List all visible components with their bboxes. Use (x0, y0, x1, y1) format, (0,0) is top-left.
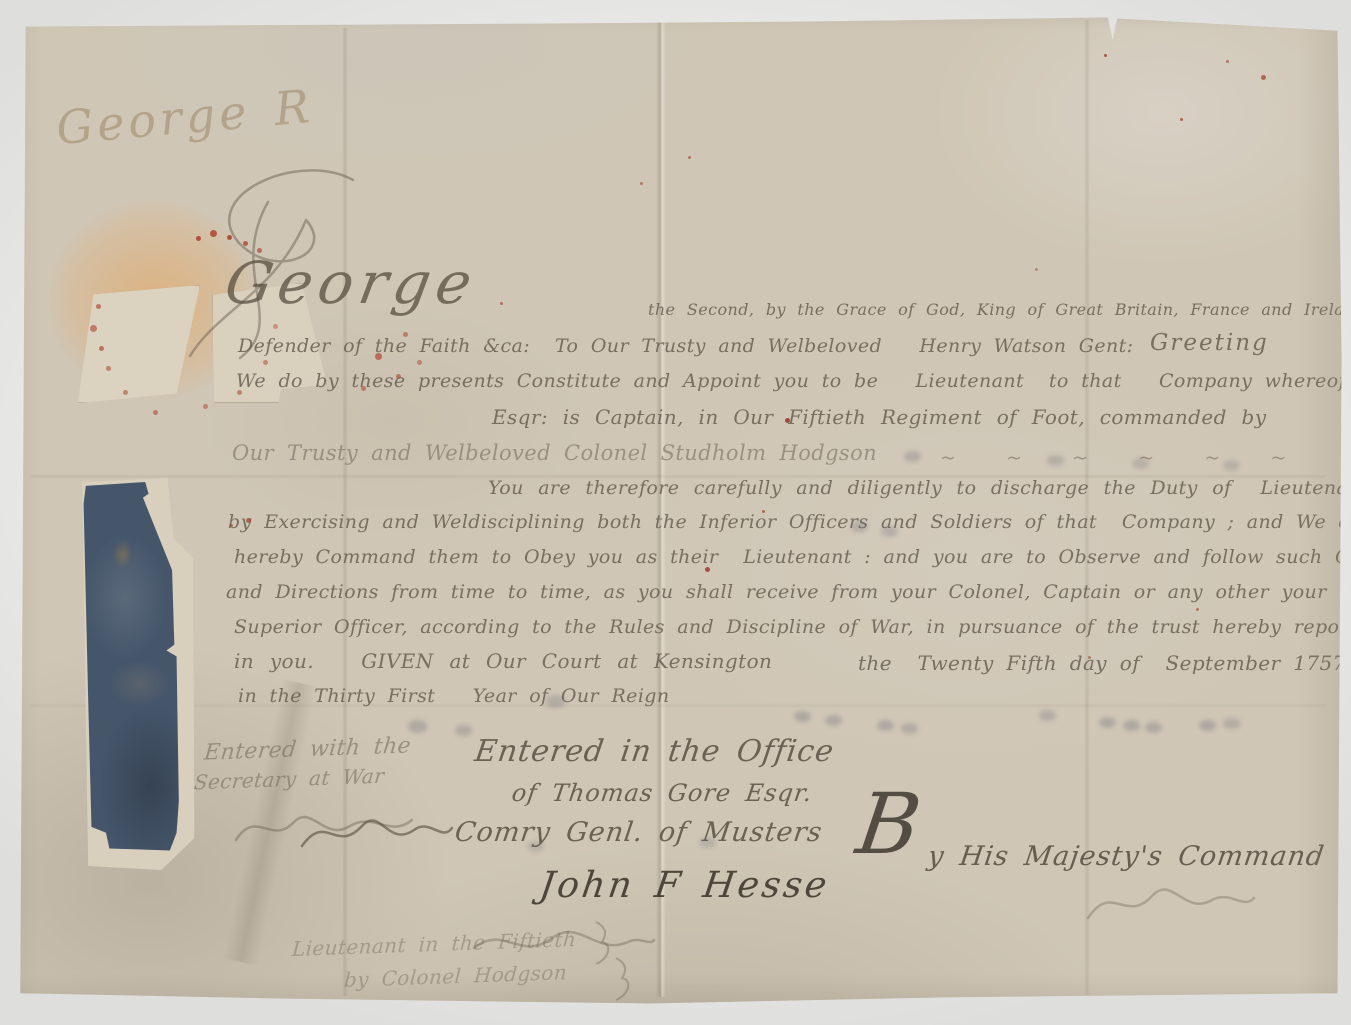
war-office-entry-line-1: Entered with the (203, 734, 412, 766)
body-line-1: the Second, by the Grace of God, King of… (648, 301, 1351, 319)
body-line-10: Superior Officer, according to the Rules… (234, 617, 1351, 638)
fold-crease-center (656, 22, 666, 997)
authority-line-initial: B (852, 778, 928, 870)
body-line-3: We do by these presents Constitute and A… (236, 371, 1346, 392)
parchment-document: George R George the Second, by the Grace… (0, 0, 1351, 1025)
musters-signature-flourish (296, 808, 456, 858)
royal-sign-manual: George R (54, 81, 315, 154)
clerk-signature: John F Hesse (537, 866, 832, 906)
secretary-signature-faint (1078, 874, 1258, 934)
body-line-8: hereby Command them to Obey you as their… (234, 547, 1351, 568)
photo-mount: George R George the Second, by the Grace… (0, 0, 1351, 1025)
body-line-11b: the Twenty Fifth day of September 1757 (858, 652, 1346, 674)
body-line-5-filler: ~ ~ ~ ~ ~ ~ (940, 448, 1287, 469)
pencil-brace-2 (612, 956, 636, 1002)
body-line-6: You are therefore carefully and diligent… (488, 478, 1351, 499)
pencil-note-line-2: by Colonel Hodgson (343, 961, 568, 991)
war-office-entry-line-2: Secretary at War (193, 765, 386, 794)
body-line-9: and Directions from time to time, as you… (226, 582, 1327, 603)
muster-office-entry-line-2: of Thomas Gore Esqr. (510, 780, 814, 806)
body-line-12: in the Thirty First Year of Our Reign (238, 686, 670, 707)
wax-seal-specks (52, 205, 55, 208)
muster-office-entry-line-3: Comry Genl. of Musters (453, 818, 824, 848)
authority-line: y His Majesty's Command (926, 842, 1326, 872)
ink-offset-smudges (0, 0, 15, 9)
body-line-7: by Exercising and Weldisciplining both t… (228, 512, 1351, 533)
body-line-11a: in you. GIVEN at Our Court at Kensington (234, 650, 772, 672)
fold-crease-horizontal-2 (30, 703, 1325, 708)
body-line-2: Defender of the Faith &ca: To Our Trusty… (238, 336, 1133, 357)
muster-office-entry-line-1: Entered in the Office (473, 735, 837, 768)
body-line-4: Esqr: is Captain, in Our Fiftieth Regime… (492, 406, 1266, 428)
foxing-specks (0, 0, 3, 3)
body-greeting-word: Greeting (1150, 331, 1269, 356)
body-line-5: Our Trusty and Welbeloved Colonel Studho… (232, 442, 877, 465)
body-initial-word: George (220, 252, 482, 316)
